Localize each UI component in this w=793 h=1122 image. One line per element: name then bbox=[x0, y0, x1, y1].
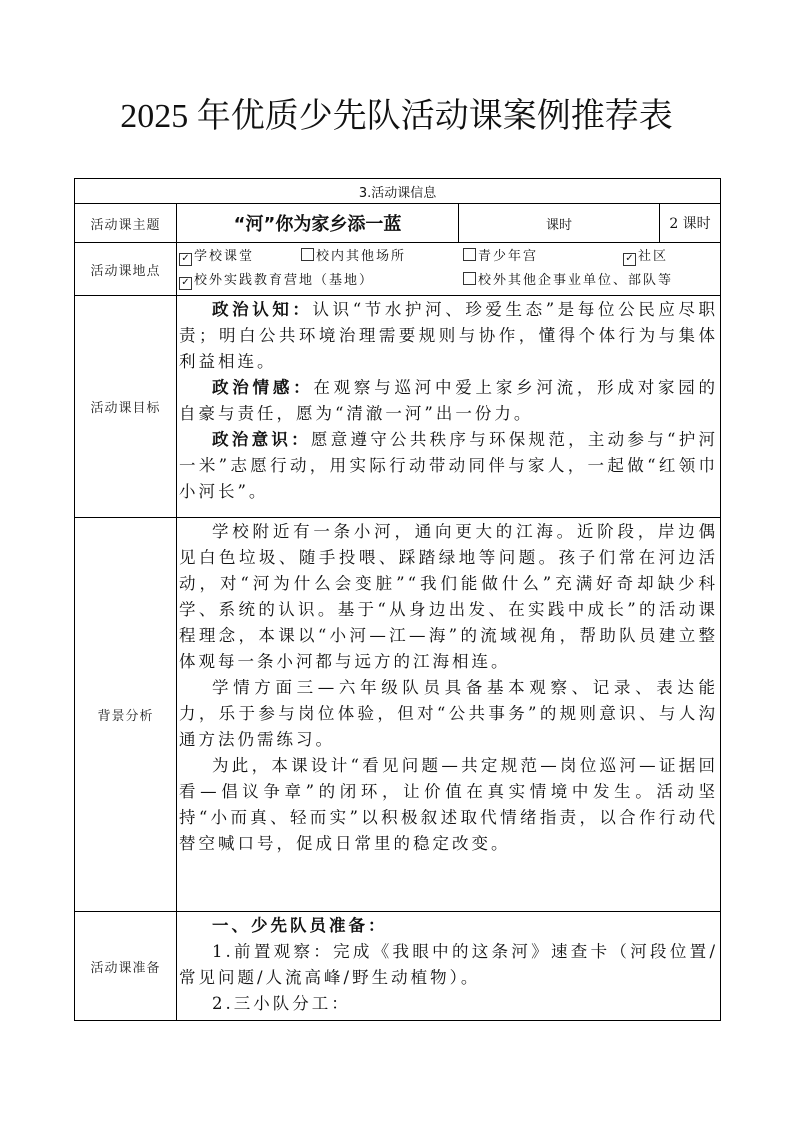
location-row-1: ✓学校课堂 校内其他场所 青少年宫 ✓社区 bbox=[179, 245, 718, 269]
location-options: ✓学校课堂 校内其他场所 青少年宫 ✓社区 ✓校外实践教育营地（基地） 校外其他… bbox=[177, 243, 721, 296]
background-paragraph-2: 学情方面三—六年级队员具备基本观察、记录、表达能力，乐于参与岗位体验，但对“公共… bbox=[179, 675, 718, 753]
background-label: 背景分析 bbox=[75, 518, 177, 912]
goals-content: 政治认知：认识“节水护河、珍爱生态”是每位公民应尽职责；明白公共环境治理需要规则… bbox=[177, 296, 721, 518]
prep-content: 一、少先队员准备： 1.前置观察：完成《我眼中的这条河》速查卡（河段位置/常见问… bbox=[177, 912, 721, 1021]
background-paragraph-1: 学校附近有一条小河，通向更大的江海。近阶段，岸边偶见白色垃圾、随手投喂、踩踏绿地… bbox=[179, 519, 718, 675]
checkbox-checked-icon[interactable]: ✓ bbox=[179, 277, 192, 290]
theme-value: “河”你为家乡添一蓝 bbox=[177, 204, 459, 243]
location-option-school-classroom[interactable]: ✓学校课堂 bbox=[179, 245, 301, 269]
location-option-youth-palace[interactable]: 青少年宫 bbox=[463, 245, 623, 269]
background-content: 学校附近有一条小河，通向更大的江海。近阶段，岸边偶见白色垃圾、随手投喂、踩踏绿地… bbox=[177, 518, 721, 912]
background-paragraph-3: 为此，本课设计“看见问题—共定规范—岗位巡河—证据回看—倡议争章”的闭环，让价值… bbox=[179, 753, 718, 857]
location-row-2: ✓校外实践教育营地（基地） 校外其他企事业单位、部队等 bbox=[179, 269, 718, 293]
prep-heading: 一、少先队员准备： bbox=[179, 913, 718, 939]
prep-item-2: 2.三小队分工： bbox=[179, 991, 718, 1017]
location-label: 活动课地点 bbox=[75, 243, 177, 296]
prep-item-1: 1.前置观察：完成《我眼中的这条河》速查卡（河段位置/常见问题/人流高峰/野生动… bbox=[179, 939, 718, 991]
theme-label: 活动课主题 bbox=[75, 204, 177, 243]
location-option-practice-base[interactable]: ✓校外实践教育营地（基地） bbox=[179, 269, 463, 293]
section-heading: 3.活动课信息 bbox=[75, 179, 721, 204]
goal-emotion: 政治情感：在观察与巡河中爱上家乡河流，形成对家园的自豪与责任，愿为“清澈一河”出… bbox=[179, 375, 718, 427]
checkbox-checked-icon[interactable]: ✓ bbox=[179, 253, 192, 266]
location-option-campus-other[interactable]: 校内其他场所 bbox=[301, 245, 463, 269]
prep-label: 活动课准备 bbox=[75, 912, 177, 1021]
location-option-community[interactable]: ✓社区 bbox=[623, 245, 668, 269]
checkbox-unchecked-icon[interactable] bbox=[463, 248, 476, 261]
goal-cognition: 政治认知：认识“节水护河、珍爱生态”是每位公民应尽职责；明白公共环境治理需要规则… bbox=[179, 297, 718, 375]
activity-info-table: 3.活动课信息 活动课主题 “河”你为家乡添一蓝 课时 2 课时 活动课地点 ✓… bbox=[74, 178, 721, 1021]
document-title: 2025 年优质少先队活动课案例推荐表 bbox=[0, 88, 793, 137]
hours-value: 2 课时 bbox=[660, 204, 721, 243]
goals-label: 活动课目标 bbox=[75, 296, 177, 518]
location-option-other-units[interactable]: 校外其他企事业单位、部队等 bbox=[463, 269, 673, 293]
checkbox-unchecked-icon[interactable] bbox=[463, 272, 476, 285]
checkbox-checked-icon[interactable]: ✓ bbox=[623, 253, 636, 266]
checkbox-unchecked-icon[interactable] bbox=[301, 248, 314, 261]
hours-label: 课时 bbox=[459, 204, 660, 243]
goal-awareness: 政治意识：愿意遵守公共秩序与环保规范，主动参与“护河一米”志愿行动，用实际行动带… bbox=[179, 427, 718, 505]
